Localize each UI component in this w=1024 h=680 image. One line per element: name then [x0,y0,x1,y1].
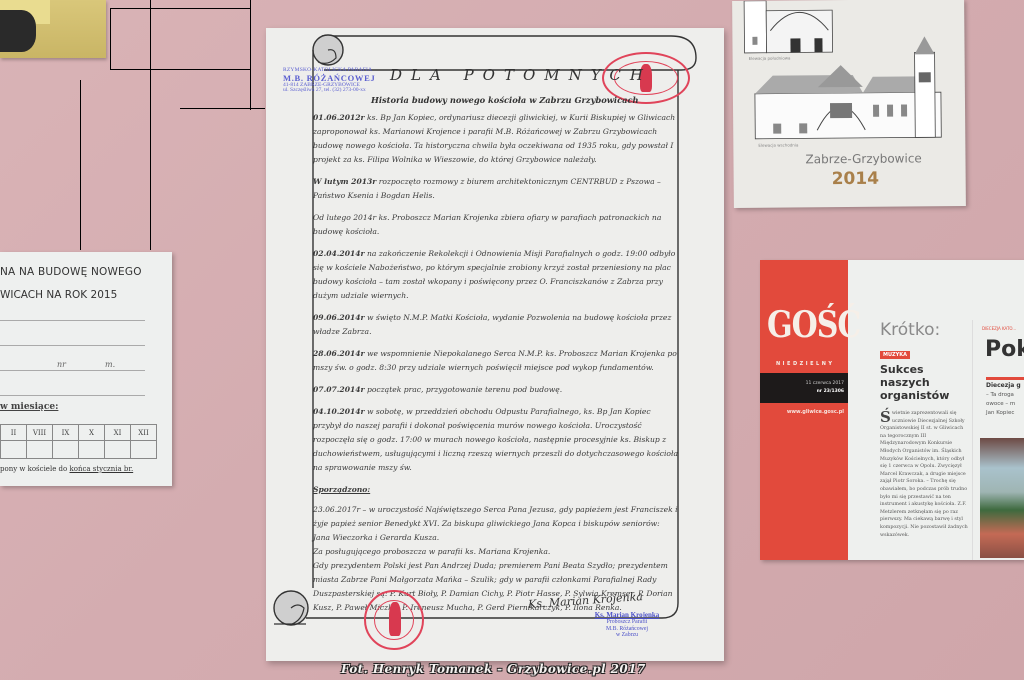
history-entry: 07.07.2014r początek prac, przygotowanie… [313,383,678,397]
headline-line: naszych [880,376,949,389]
document-body: 01.06.2012r ks. Bp Jan Kopiec, ordynariu… [313,111,678,615]
month-cell [53,441,79,459]
prepared-line: Za posługującego proboszcza w parafii ks… [313,545,678,559]
months-table: IIVIIIIXXXIXII [0,424,157,459]
month-header: XI [105,425,131,441]
entry-date: 02.04.2014r [313,249,365,258]
history-entry: 02.04.2014r na zakończenie Rekolekcji i … [313,247,678,303]
card-line [0,320,145,321]
month-cell [105,441,131,459]
article-text: wietnie zaprezentowali się uczniowie Die… [880,411,968,538]
signer-role: M.B. Różańcowej [584,626,670,633]
entry-date: 09.06.2014r [313,313,365,322]
column-divider [972,320,973,560]
entry-text: ks. Bp Jan Kopiec, ordynariusz diecezji … [313,113,675,164]
document-title: DLA POTOMNYCH [390,66,652,84]
history-entry: W lutym 2013r rozpoczęto rozmowy z biure… [313,175,678,203]
red-rule [986,377,1024,380]
drop-cap: Ś [880,410,891,424]
yellow-note [0,0,106,58]
month-cell [27,441,53,459]
m-label: m. [105,360,115,369]
pencil-mark [80,80,81,250]
stamp-line: ul. Szczęśliwa 27, tel. (32) 273-00-xx [283,88,381,94]
note-image [0,10,36,52]
parish-seal-bottom [364,590,424,650]
right-headline: Pok [985,337,1024,362]
footer-text: pony w kościele do [0,465,69,473]
month-header: XII [131,425,157,441]
lead-line: Jan Kopiec [986,409,1015,418]
calendar-year: 2014 [832,169,880,189]
pencil-mark [150,0,151,250]
month-header: VIII [27,425,53,441]
prepared-heading: Sporządzono: [313,483,678,497]
section-tag: MUZYKA [880,351,910,359]
photo-credit: Fot. Henryk Tomanek - Grzybowice.pl 2017 [341,662,646,676]
month-cell [131,441,157,459]
right-lead-text: – Ta droga owoce – m Jan Kopiec [986,391,1015,418]
month-header: IX [53,425,79,441]
pencil-mark [180,108,265,109]
magazine-website: www.gliwice.gosc.pl [787,409,844,415]
entry-date: 04.10.2014r [313,407,365,416]
right-kicker: DIECEZJA KATO... [982,326,1016,331]
card-footer: pony w kościele do końca stycznia br. [0,465,133,473]
history-entry: 28.06.2014r we wspomnienie Niepokalanego… [313,347,678,375]
issue-number: nr 23/1306 [817,389,844,394]
signer-stamp: Ks. Marian Krojenka Proboszcz Parafii M.… [584,611,670,639]
entry-text: Od lutego 2014r ks. Proboszcz Marian Kro… [313,213,661,236]
signer-role: Proboszcz Parafii [584,619,670,626]
history-entry: 04.10.2014r w sobotę, w przeddzień obcho… [313,405,678,475]
issue-band: 11 czerwca 2017 nr 23/1306 [760,373,848,403]
signer-role: w Zabrzu [584,632,670,639]
history-entry: 01.06.2012r ks. Bp Jan Kopiec, ordynariu… [313,111,678,167]
month-header: II [1,425,27,441]
article-body: Świetnie zaprezentowali się uczniowie Di… [880,410,970,539]
headline-line: organistów [880,389,949,402]
history-document: RZYMSKO-KATOLICKA PARAFIA M.B. RÓŻAŃCOWE… [266,28,724,661]
lead-line: owoce – m [986,400,1015,409]
magazine-logo-sub: NIEDZIELNY [776,361,835,367]
section-title: Krótko: [880,320,940,340]
card-heading-1: NA NA BUDOWĘ NOWEGO [0,266,142,278]
months-label: w miesiące: [0,402,58,412]
magazine-logo: GOŚĆ [767,305,860,347]
headline-line: Sukces [880,363,949,376]
gosc-niedzielny-magazine: GOŚĆ NIEDZIELNY 11 czerwca 2017 nr 23/13… [760,260,1024,560]
entry-text: początek prac, przygotowanie terenu pod … [365,385,563,394]
church-drawing-east [732,34,965,146]
signer-name: Ks. Marian Krojenka [584,611,670,619]
card-heading-2: WICACH NA ROK 2015 [0,289,117,301]
donation-card: NA NA BUDOWĘ NOWEGO WICACH NA ROK 2015 n… [0,252,172,486]
month-header: X [79,425,105,441]
prepared-line: 23.06.2017r – w uroczystość Najświętszeg… [313,503,678,545]
entry-date: W lutym 2013r [313,177,376,186]
month-cell [79,441,105,459]
article-headline: Sukces naszych organistów [880,363,949,402]
issue-date: 11 czerwca 2017 [806,381,844,386]
lead-line: – Ta droga [986,391,1015,400]
pencil-mark [110,8,250,70]
footer-deadline: końca stycznia br. [69,465,133,473]
month-cell [1,441,27,459]
calendar-place: Zabrze-Grzybowice [805,151,921,166]
nr-label: nr [57,360,66,369]
entry-text: na zakończenie Rekolekcji i Odnowienia M… [313,249,675,300]
entry-date: 28.06.2014r [313,349,365,358]
article-photo [980,438,1024,558]
history-entry: 09.06.2014r w święto N.M.P. Matki Kościo… [313,311,678,339]
magazine-red-column: GOŚĆ NIEDZIELNY 11 czerwca 2017 nr 23/13… [760,260,848,560]
card-line [0,395,145,396]
pencil-mark [250,0,251,110]
card-line [0,370,145,371]
entry-date: 01.06.2012r [313,113,365,122]
card-line [0,345,145,346]
right-lead: Diecezja g [986,382,1021,389]
drawing-caption: Elewacja wschodnia [758,142,798,147]
entry-text: w święto N.M.P. Matki Kościoła, wydanie … [313,313,671,336]
document-subtitle: Historia budowy nowego kościoła w Zabrzu… [371,95,639,105]
history-entry: Od lutego 2014r ks. Proboszcz Marian Kro… [313,211,678,239]
entry-text: w sobotę, w przeddzień obchodu Odpustu P… [313,407,678,472]
church-calendar: Elewacja południowa Elewacja wschodnia Z… [732,0,966,208]
entry-text: we wspomnienie Niepokalanego Serca N.M.P… [313,349,677,372]
entry-date: 07.07.2014r [313,385,365,394]
parish-stamp: RZYMSKO-KATOLICKA PARAFIA M.B. RÓŻAŃCOWE… [283,68,381,94]
